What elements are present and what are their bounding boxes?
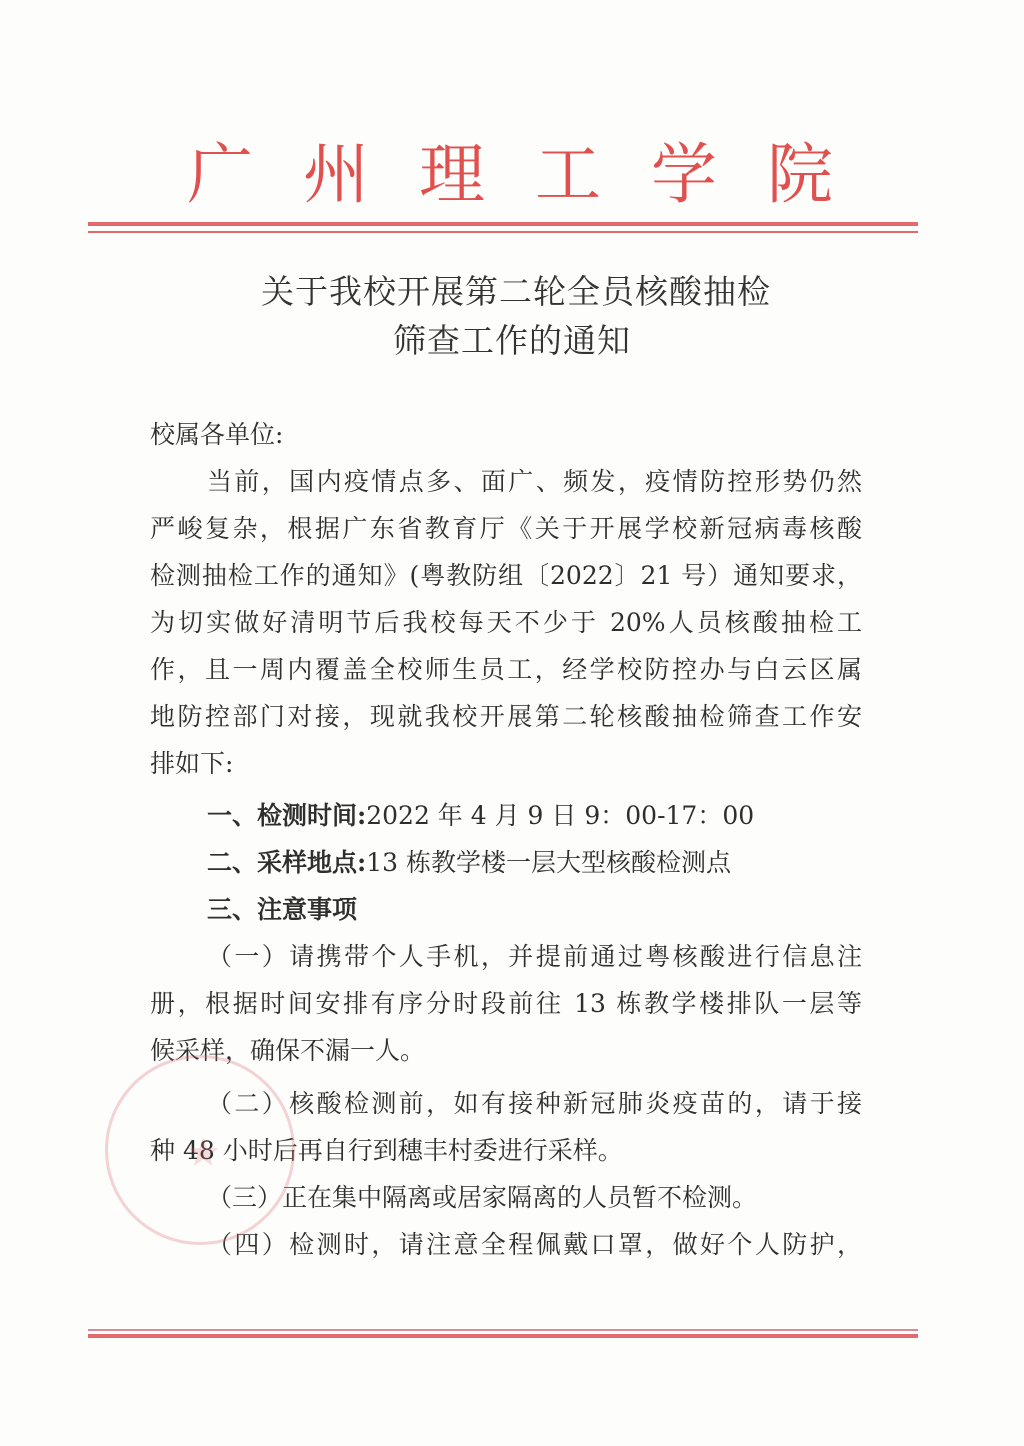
- section-heading: 二、采样地点:: [207, 848, 366, 877]
- masthead-char: 广: [180, 121, 260, 216]
- document-page: 广 州 理 工 学 院 关于我校开展第二轮全员核酸抽检 筛查工作的通知 校属各单…: [0, 0, 1024, 1446]
- header-divider-thin: [88, 231, 918, 233]
- section-content: 13 栋教学楼一层大型核酸检测点: [366, 848, 731, 877]
- footer-divider-thin: [88, 1329, 918, 1331]
- official-seal-stamp: ★: [105, 1055, 295, 1245]
- section-heading: 一、检测时间:: [207, 801, 366, 830]
- section-notes: 三、注意事项: [207, 895, 862, 925]
- masthead-char: 工: [528, 121, 608, 216]
- masthead-char: 州: [296, 121, 376, 216]
- header-divider-thick: [88, 222, 918, 226]
- paragraph-line: 作，且一周内覆盖全校师生员工，经学校防控办与白云区属: [150, 655, 862, 685]
- paragraph-line: 当前，国内疫情点多、面广、频发，疫情防控形势仍然: [207, 467, 862, 497]
- masthead-char: 院: [760, 121, 840, 216]
- footer-divider-thick: [88, 1334, 918, 1338]
- seal-star-icon: ★: [163, 1113, 243, 1193]
- section-content: 2022 年 4 月 9 日 9：00-17：00: [366, 801, 754, 830]
- institution-masthead: 广 州 理 工 学 院: [180, 128, 840, 208]
- masthead-char: 理: [412, 121, 492, 216]
- paragraph-line: 地防控部门对接，现就我校开展第二轮核酸抽检筛查工作安: [150, 702, 862, 732]
- paragraph-line: 检测抽检工作的通知》(粤教防组〔2022〕21 号）通知要求，: [150, 561, 862, 591]
- paragraph-line: 为切实做好清明节后我校每天不少于 20%人员核酸抽检工: [150, 608, 862, 638]
- note-line: 册，根据时间安排有序分时段前往 13 栋教学楼排队一层等: [150, 989, 862, 1019]
- paragraph-line: 严峻复杂，根据广东省教育厅《关于开展学校新冠病毒核酸: [150, 514, 862, 544]
- document-title-line-1: 关于我校开展第二轮全员核酸抽检: [4, 266, 1024, 313]
- note-line: （三）正在集中隔离或居家隔离的人员暂不检测。: [207, 1183, 862, 1213]
- note-line: （二）核酸检测前，如有接种新冠肺炎疫苗的，请于接: [207, 1089, 862, 1119]
- masthead-char: 学: [644, 121, 724, 216]
- paragraph-line: 排如下:: [150, 749, 862, 779]
- note-line: （一）请携带个人手机，并提前通过粤核酸进行信息注: [207, 942, 862, 972]
- section-time: 一、检测时间:2022 年 4 月 9 日 9：00-17：00: [207, 801, 862, 831]
- section-location: 二、采样地点:13 栋教学楼一层大型核酸检测点: [207, 848, 862, 878]
- salutation: 校属各单位:: [150, 420, 862, 450]
- section-heading: 三、注意事项: [207, 895, 357, 924]
- document-title-line-2: 筛查工作的通知: [0, 315, 1024, 362]
- note-line: （四）检测时，请注意全程佩戴口罩，做好个人防护，: [207, 1230, 862, 1260]
- note-line: 候采样，确保不漏一人。: [150, 1036, 862, 1066]
